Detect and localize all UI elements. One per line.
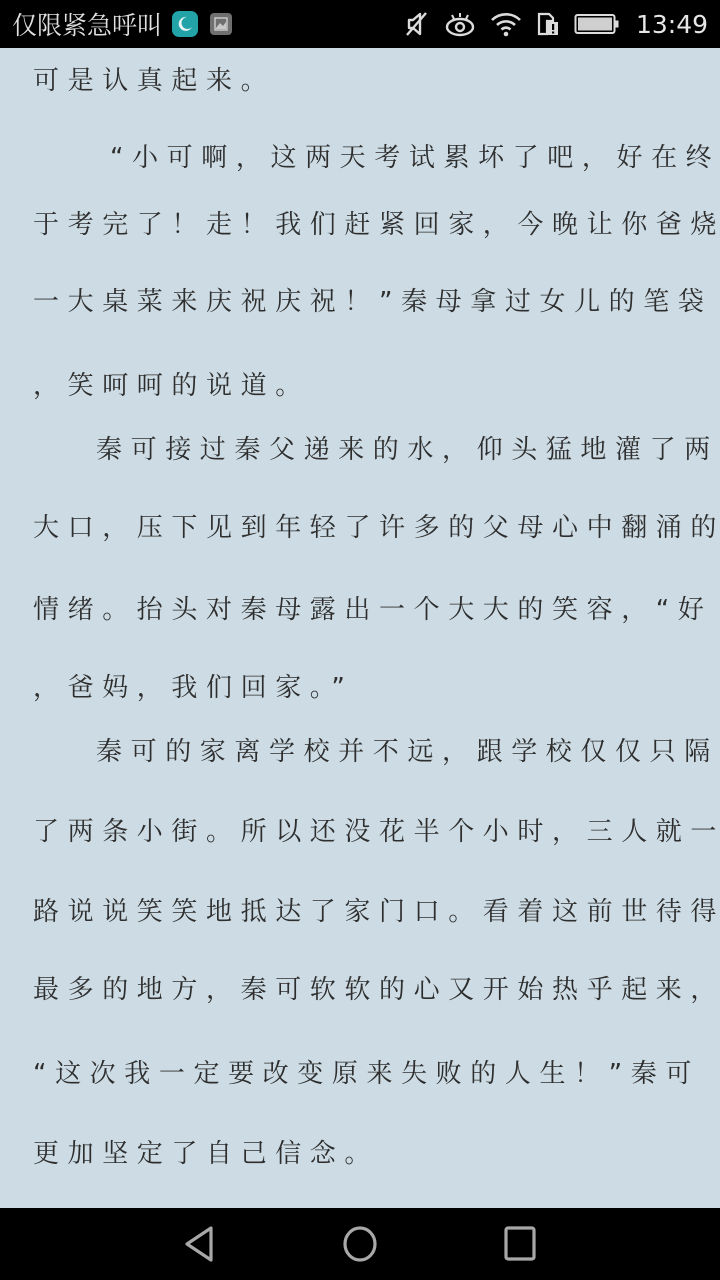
text-line: 情绪。抬头对秦母露出一个大大的笑容，“好: [33, 594, 693, 626]
navigation-bar: [0, 1208, 720, 1280]
text-line: ，笑呵呵的说道。: [33, 370, 693, 402]
text-line: 大口，压下见到年轻了许多的父母心中翻涌的: [33, 512, 693, 544]
text-line: 更加坚定了自己信念。: [33, 1138, 693, 1170]
text-line: 秦可接过秦父递来的水，仰头猛地灌了两: [96, 434, 720, 466]
text-line: 路说说笑笑地抵达了家门口。看着这前世待得: [33, 896, 693, 928]
text-line: 最多的地方，秦可软软的心又开始热乎起来，: [33, 974, 693, 1006]
home-icon: [340, 1224, 380, 1264]
text-line: “小可啊，这两天考试累坏了吧，好在终: [110, 142, 720, 174]
moon-app-icon: [172, 11, 198, 37]
text-line: 秦可的家离学校并不远，跟学校仅仅只隔: [96, 736, 720, 768]
text-line: “这次我一定要改变原来失败的人生！”秦可: [33, 1058, 693, 1090]
reader-page[interactable]: 可是认真起来。 “小可啊，这两天考试累坏了吧，好在终 于考完了！走！我们赶紧回家…: [0, 48, 720, 1208]
text-line: 可是认真起来。: [33, 65, 693, 97]
system-status-icons: 13:49: [404, 0, 708, 48]
recents-icon: [502, 1224, 538, 1264]
text-line: ，爸妈，我们回家。”: [33, 672, 693, 704]
text-line: 了两条小街。所以还没花半个小时，三人就一: [33, 816, 693, 848]
text-line: 一大桌菜来庆祝庆祝！”秦母拿过女儿的笔袋: [33, 286, 693, 318]
clock: 13:49: [636, 10, 708, 39]
mute-icon: [404, 10, 430, 38]
home-button[interactable]: [320, 1208, 400, 1280]
status-bar: 仅限紧急呼叫: [0, 0, 720, 48]
image-icon: [210, 13, 232, 35]
recents-button[interactable]: [480, 1208, 560, 1280]
battery-icon: [574, 12, 620, 36]
carrier-label: 仅限紧急呼叫: [12, 6, 162, 42]
sim-alert-icon: [536, 10, 560, 38]
back-icon: [182, 1224, 218, 1264]
eye-comfort-icon: [444, 11, 476, 37]
text-line: 于考完了！走！我们赶紧回家，今晚让你爸烧: [33, 209, 693, 241]
back-button[interactable]: [160, 1208, 240, 1280]
wifi-icon: [490, 11, 522, 37]
